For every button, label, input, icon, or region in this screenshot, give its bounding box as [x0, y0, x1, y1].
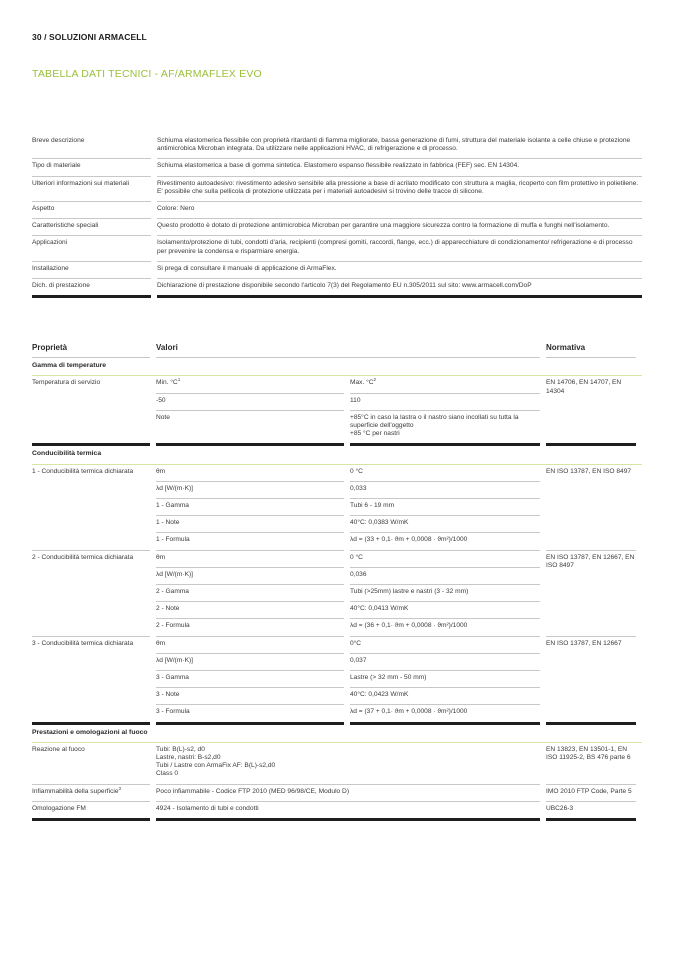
- fire-row: Infiammabilità della superficie3Poco inf…: [32, 785, 642, 802]
- property-values: θm0 °Cλd [W/(m·K)]0,0362 - GammaTubi (>2…: [156, 551, 540, 637]
- info-value: Schiuma elastomerica flessibile con prop…: [157, 134, 642, 159]
- value: 0°C: [350, 637, 540, 654]
- section-fire: Prestazioni e omologazioni al fuoco: [32, 725, 642, 743]
- info-row: ApplicazioniIsolamento/protezione di tub…: [32, 236, 642, 261]
- technical-properties-table: Proprietà Valori Normativa Gamma di temp…: [32, 341, 642, 821]
- value: 0,036: [350, 568, 540, 585]
- standard: EN ISO 13787, EN 12667, EN ISO 8497: [546, 551, 636, 637]
- standard: IMO 2010 FTP Code, Parte 5: [546, 785, 636, 802]
- value: λd = (36 + 0,1· ϑm + 0,0008 · ϑm²)/1000: [350, 619, 540, 636]
- general-info-table: Breve descrizioneSchiuma elastomerica fl…: [32, 134, 642, 298]
- property-group: Temperatura di servizioMin. °C1Max. °C2-…: [32, 376, 642, 446]
- value: +85°C in caso la lastra o il nastro sian…: [350, 411, 540, 447]
- property-label: 3 - Conducibilità termica dichiarata: [32, 637, 150, 725]
- value-label: 2 - Note: [156, 602, 344, 619]
- value-label: θm: [156, 551, 344, 568]
- property-values: θm0 °Cλd [W/(m·K)]0,0331 - GammaTubi 6 -…: [156, 465, 540, 551]
- value-label: λd [W/(m·K)]: [156, 568, 344, 585]
- value: Max. °C2: [350, 376, 540, 393]
- property-label: 1 - Conducibilità termica dichiarata: [32, 465, 150, 551]
- info-row: InstallazioneSi prega di consultare il m…: [32, 262, 642, 279]
- property-label: Reazione al fuoco: [32, 743, 150, 785]
- value-label: 2 - Formula: [156, 619, 344, 636]
- header-values: Valori: [156, 341, 540, 358]
- value: λd = (37 + 0,1· ϑm + 0,0008 · ϑm²)/1000: [350, 705, 540, 724]
- property-label: 2 - Conducibilità termica dichiarata: [32, 551, 150, 637]
- info-value: Colore: Nero: [157, 202, 642, 219]
- info-label: Caratteristiche speciali: [32, 219, 151, 236]
- value-label: θm: [156, 465, 344, 482]
- info-value: Dichiarazione di prestazione disponibile…: [157, 279, 642, 298]
- value: λd = (33 + 0,1· ϑm + 0,0008 · ϑm²)/1000: [350, 533, 540, 550]
- section-temperature: Gamma di temperature: [32, 358, 642, 376]
- standard: EN 14706, EN 14707, EN 14304: [546, 376, 636, 446]
- info-label: Applicazioni: [32, 236, 151, 261]
- value-label: Min. °C1: [156, 376, 344, 393]
- value-label: 3 - Gamma: [156, 671, 344, 688]
- standard: EN 13823, EN 13501-1, EN ISO 11925-2, BS…: [546, 743, 636, 785]
- value-label: 3 - Formula: [156, 705, 344, 724]
- info-value: Isolamento/protezione di tubi, condotti …: [157, 236, 642, 261]
- value: Lastre (> 32 mm - 50 mm): [350, 671, 540, 688]
- value-label: Note: [156, 411, 344, 447]
- value-row: λd [W/(m·K)]0,036: [156, 568, 540, 585]
- info-row: Caratteristiche specialiQuesto prodotto …: [32, 219, 642, 236]
- footnote-marker: 2: [374, 377, 377, 382]
- info-row: Breve descrizioneSchiuma elastomerica fl…: [32, 134, 642, 159]
- value-row: θm0 °C: [156, 465, 540, 482]
- value: 0,037: [350, 654, 540, 671]
- value: 40°C: 0,0423 W/mK: [350, 688, 540, 705]
- value-row: -50110: [156, 394, 540, 411]
- header-property: Proprietà: [32, 341, 150, 358]
- info-row: Tipo di materialeSchiuma elastomerica a …: [32, 159, 642, 176]
- value: 40°C: 0,0413 W/mK: [350, 602, 540, 619]
- info-value: Si prega di consultare il manuale di app…: [157, 262, 642, 279]
- value-row: θm0 °C: [156, 551, 540, 568]
- standard: EN ISO 13787, EN ISO 8497: [546, 465, 636, 551]
- page-header: 30 / SOLUZIONI ARMACELL: [32, 32, 147, 42]
- value-row: Min. °C1Max. °C2: [156, 376, 540, 393]
- value-label: λd [W/(m·K)]: [156, 654, 344, 671]
- info-label: Installazione: [32, 262, 151, 279]
- property-label: Omologazione FM: [32, 802, 150, 821]
- info-value: Schiuma elastomerica a base di gomma sin…: [157, 159, 642, 176]
- fire-row: Reazione al fuocoTubi: B(L)-s2, d0Lastre…: [32, 743, 642, 785]
- property-group: 1 - Conducibilità termica dichiarataθm0 …: [32, 465, 642, 551]
- header-standard: Normativa: [546, 341, 636, 358]
- value: 0 °C: [350, 465, 540, 482]
- value-row: 3 - Formulaλd = (37 + 0,1· ϑm + 0,0008 ·…: [156, 705, 540, 724]
- info-label: Aspetto: [32, 202, 151, 219]
- info-value: Rivestimento autoadesivo: rivestimento a…: [157, 177, 642, 202]
- info-value: Questo prodotto è dotato di protezione a…: [157, 219, 642, 236]
- standard: EN ISO 13787, EN 12667: [546, 637, 636, 725]
- value-row: 2 - GammaTubi (>25mm) lastre e nastri (3…: [156, 585, 540, 602]
- property-group: 3 - Conducibilità termica dichiarataθm0°…: [32, 637, 642, 725]
- property-values: Min. °C1Max. °C2-50110Note+85°C in caso …: [156, 376, 540, 446]
- value: 4924 - Isolamento di tubi e condotti: [156, 802, 540, 821]
- value-label: 1 - Note: [156, 516, 344, 533]
- property-label: Temperatura di servizio: [32, 376, 150, 446]
- property-group: 2 - Conducibilità termica dichiarataθm0 …: [32, 551, 642, 637]
- value-row: 1 - Note40°C: 0,0383 W/mK: [156, 516, 540, 533]
- value: Tubi (>25mm) lastre e nastri (3 - 32 mm): [350, 585, 540, 602]
- value-label: -50: [156, 394, 344, 411]
- value-label: 3 - Note: [156, 688, 344, 705]
- value: Tubi 6 - 19 mm: [350, 499, 540, 516]
- info-label: Tipo di materiale: [32, 159, 151, 176]
- footnote-marker: 3: [119, 786, 122, 791]
- value-row: 2 - Note40°C: 0,0413 W/mK: [156, 602, 540, 619]
- value: 0 °C: [350, 551, 540, 568]
- value-row: λd [W/(m·K)]0,033: [156, 482, 540, 499]
- property-label: Infiammabilità della superficie3: [32, 785, 150, 802]
- value-label: 1 - Gamma: [156, 499, 344, 516]
- property-values: θm0°Cλd [W/(m·K)]0,0373 - GammaLastre (>…: [156, 637, 540, 725]
- info-row: Ulteriori informazioni sui materialiRive…: [32, 177, 642, 202]
- info-label: Breve descrizione: [32, 134, 151, 159]
- value: Tubi: B(L)-s2, d0Lastre, nastri: B-s2,d0…: [156, 743, 540, 785]
- value: 0,033: [350, 482, 540, 499]
- value-label: θm: [156, 637, 344, 654]
- value-row: 1 - Formulaλd = (33 + 0,1· ϑm + 0,0008 ·…: [156, 533, 540, 550]
- info-label: Ulteriori informazioni sui materiali: [32, 177, 151, 202]
- page-title: TABELLA DATI TECNICI - AF/ARMAFLEX EVO: [32, 68, 262, 80]
- value: Poco infiammabile - Codice FTP 2010 (MED…: [156, 785, 540, 802]
- info-label: Dich. di prestazione: [32, 279, 151, 298]
- section-conductivity: Conducibilità termica: [32, 446, 642, 464]
- table-header-row: Proprietà Valori Normativa: [32, 341, 642, 358]
- value-row: 2 - Formulaλd = (36 + 0,1· ϑm + 0,0008 ·…: [156, 619, 540, 636]
- value-label: 2 - Gamma: [156, 585, 344, 602]
- value-row: λd [W/(m·K)]0,037: [156, 654, 540, 671]
- value: 110: [350, 394, 540, 411]
- value-row: Note+85°C in caso la lastra o il nastro …: [156, 411, 540, 447]
- fire-row: Omologazione FM4924 - Isolamento di tubi…: [32, 802, 642, 821]
- value-row: 3 - Note40°C: 0,0423 W/mK: [156, 688, 540, 705]
- value-row: 1 - GammaTubi 6 - 19 mm: [156, 499, 540, 516]
- value: 40°C: 0,0383 W/mK: [350, 516, 540, 533]
- standard: UBC26-3: [546, 802, 636, 821]
- value-label: λd [W/(m·K)]: [156, 482, 344, 499]
- value-label: 1 - Formula: [156, 533, 344, 550]
- info-row: AspettoColore: Nero: [32, 202, 642, 219]
- footnote-marker: 1: [178, 377, 181, 382]
- value-row: 3 - GammaLastre (> 32 mm - 50 mm): [156, 671, 540, 688]
- value-row: θm0°C: [156, 637, 540, 654]
- info-row: Dich. di prestazioneDichiarazione di pre…: [32, 279, 642, 298]
